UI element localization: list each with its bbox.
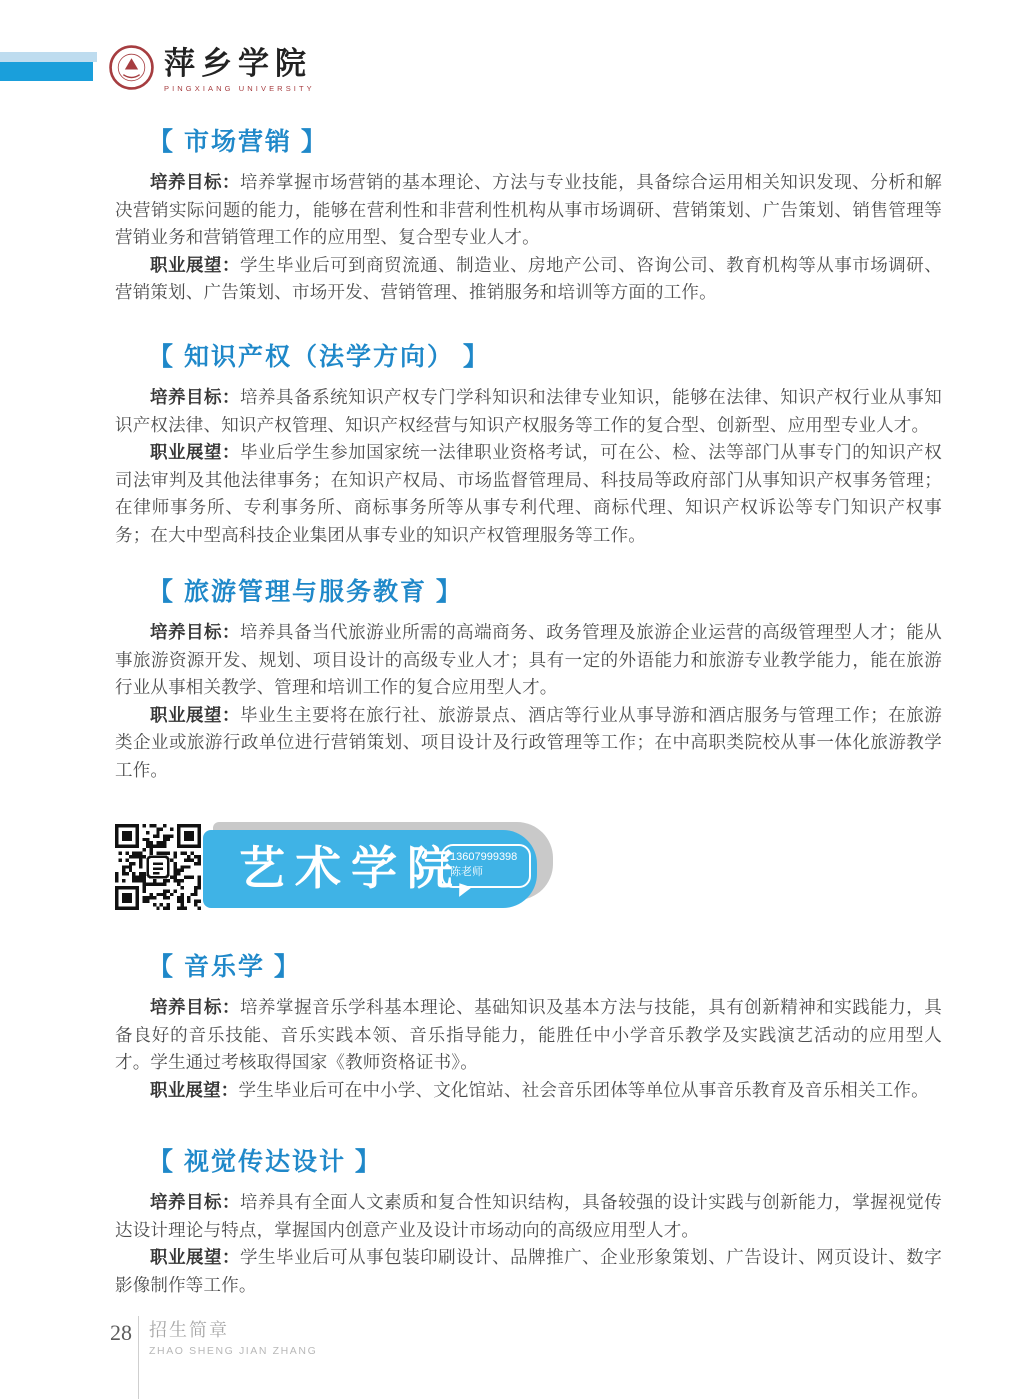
paragraph-text: 毕业生主要将在旅行社、旅游景点、酒店等行业从事导游和酒店服务与管理工作；在旅游类… [115, 705, 942, 780]
university-name-en: PINGXIANG UNIVERSITY [164, 84, 315, 93]
section-visual-design: 【 视觉传达设计 】 培养目标：培养具有全面人文素质和复合性知识结构，具备较强的… [115, 1146, 942, 1299]
paragraph-label: 培养目标： [150, 1192, 240, 1212]
header-accent-bar-light [0, 52, 97, 62]
paragraph-text: 培养具有全面人文素质和复合性知识结构，具备较强的设计实践与创新能力，掌握视觉传达… [115, 1192, 942, 1240]
banner-title: 艺术学院 [239, 830, 463, 908]
section-heading: 【 旅游管理与服务教育 】 [115, 576, 942, 609]
footer-title: 招生简章 [149, 1316, 317, 1342]
section-heading: 【 音乐学 】 [115, 951, 942, 984]
paragraph-text: 学生毕业后可到商贸流通、制造业、房地产公司、咨询公司、教育机构等从事市场调研、营… [115, 255, 942, 303]
section-marketing: 【 市场营销 】 培养目标：培养掌握市场营销的基本理论、方法与专业技能，具备综合… [115, 126, 942, 307]
section-heading: 【 市场营销 】 [115, 126, 942, 159]
paragraph-label: 职业展望： [150, 255, 240, 275]
contact-bubble: 13607999398 陈老师 [441, 844, 531, 888]
career-outlook-paragraph: 职业展望：毕业生主要将在旅行社、旅游景点、酒店等行业从事导游和酒店服务与管理工作… [115, 702, 942, 785]
section-heading: 【 视觉传达设计 】 [115, 1146, 942, 1179]
page-number: 28 [100, 1320, 132, 1346]
paragraph-text: 学生毕业后可在中小学、文化馆站、社会音乐团体等单位从事音乐教育及音乐相关工作。 [239, 1080, 929, 1100]
career-outlook-paragraph: 职业展望：学生毕业后可在中小学、文化馆站、社会音乐团体等单位从事音乐教育及音乐相… [115, 1077, 942, 1105]
career-outlook-paragraph: 职业展望：学生毕业后可到商贸流通、制造业、房地产公司、咨询公司、教育机构等从事市… [115, 252, 942, 307]
qr-code-icon [115, 824, 201, 910]
paragraph-label: 培养目标： [150, 622, 240, 642]
paragraph-text: 学生毕业后可从事包装印刷设计、品牌推广、企业形象策划、广告设计、网页设计、数字影… [115, 1247, 942, 1295]
paragraph-label: 培养目标： [150, 387, 240, 407]
university-seal-icon [108, 44, 155, 91]
footer: 招生简章 ZHAO SHENG JIAN ZHANG [149, 1316, 317, 1357]
career-outlook-paragraph: 职业展望：毕业后学生参加国家统一法律职业资格考试，可在公、检、法等部门从事专门的… [115, 439, 942, 549]
paragraph-label: 培养目标： [150, 172, 240, 192]
section-heading: 【 知识产权（法学方向） 】 [115, 341, 942, 374]
contact-phone: 13607999398 [450, 850, 522, 865]
section-tourism-management: 【 旅游管理与服务教育 】 培养目标：培养具备当代旅游业所需的高端商务、政务管理… [115, 576, 942, 784]
paragraph-label: 职业展望： [150, 1080, 239, 1100]
university-logo: 萍乡学院 PINGXIANG UNIVERSITY [108, 44, 315, 93]
training-objective-paragraph: 培养目标：培养掌握音乐学科基本理论、基础知识及基本方法与技能，具有创新精神和实践… [115, 994, 942, 1077]
art-college-banner: 艺术学院 13607999398 陈老师 [113, 818, 583, 914]
paragraph-text: 培养具备当代旅游业所需的高端商务、政务管理及旅游企业运营的高级管理型人才；能从事… [115, 622, 942, 697]
section-intellectual-property: 【 知识产权（法学方向） 】 培养目标：培养具备系统知识产权专门学科知识和法律专… [115, 341, 942, 549]
paragraph-label: 职业展望： [150, 1247, 240, 1267]
paragraph-label: 职业展望： [150, 705, 240, 725]
footer-divider [138, 1316, 139, 1399]
university-name: 萍乡学院 [164, 46, 315, 82]
contact-name: 陈老师 [450, 865, 522, 880]
footer-subtitle: ZHAO SHENG JIAN ZHANG [149, 1345, 317, 1357]
paragraph-text: 培养掌握音乐学科基本理论、基础知识及基本方法与技能，具有创新精神和实践能力，具备… [115, 997, 942, 1072]
paragraph-text: 培养掌握市场营销的基本理论、方法与专业技能，具备综合运用相关知识发现、分析和解决… [115, 172, 942, 247]
paragraph-label: 职业展望： [150, 442, 240, 462]
banner-ribbon: 艺术学院 13607999398 陈老师 [203, 830, 537, 908]
paragraph-label: 培养目标： [150, 997, 240, 1017]
header-accent-bar-dark [0, 62, 93, 81]
career-outlook-paragraph: 职业展望：学生毕业后可从事包装印刷设计、品牌推广、企业形象策划、广告设计、网页设… [115, 1244, 942, 1299]
training-objective-paragraph: 培养目标：培养具备当代旅游业所需的高端商务、政务管理及旅游企业运营的高级管理型人… [115, 619, 942, 702]
training-objective-paragraph: 培养目标：培养掌握市场营销的基本理论、方法与专业技能，具备综合运用相关知识发现、… [115, 169, 942, 252]
training-objective-paragraph: 培养目标：培养具备系统知识产权专门学科知识和法律专业知识，能够在法律、知识产权行… [115, 384, 942, 439]
paragraph-text: 培养具备系统知识产权专门学科知识和法律专业知识，能够在法律、知识产权行业从事知识… [115, 387, 942, 435]
section-musicology: 【 音乐学 】 培养目标：培养掌握音乐学科基本理论、基础知识及基本方法与技能，具… [115, 951, 942, 1104]
training-objective-paragraph: 培养目标：培养具有全面人文素质和复合性知识结构，具备较强的设计实践与创新能力，掌… [115, 1189, 942, 1244]
paragraph-text: 毕业后学生参加国家统一法律职业资格考试，可在公、检、法等部门从事专门的知识产权司… [115, 442, 942, 545]
